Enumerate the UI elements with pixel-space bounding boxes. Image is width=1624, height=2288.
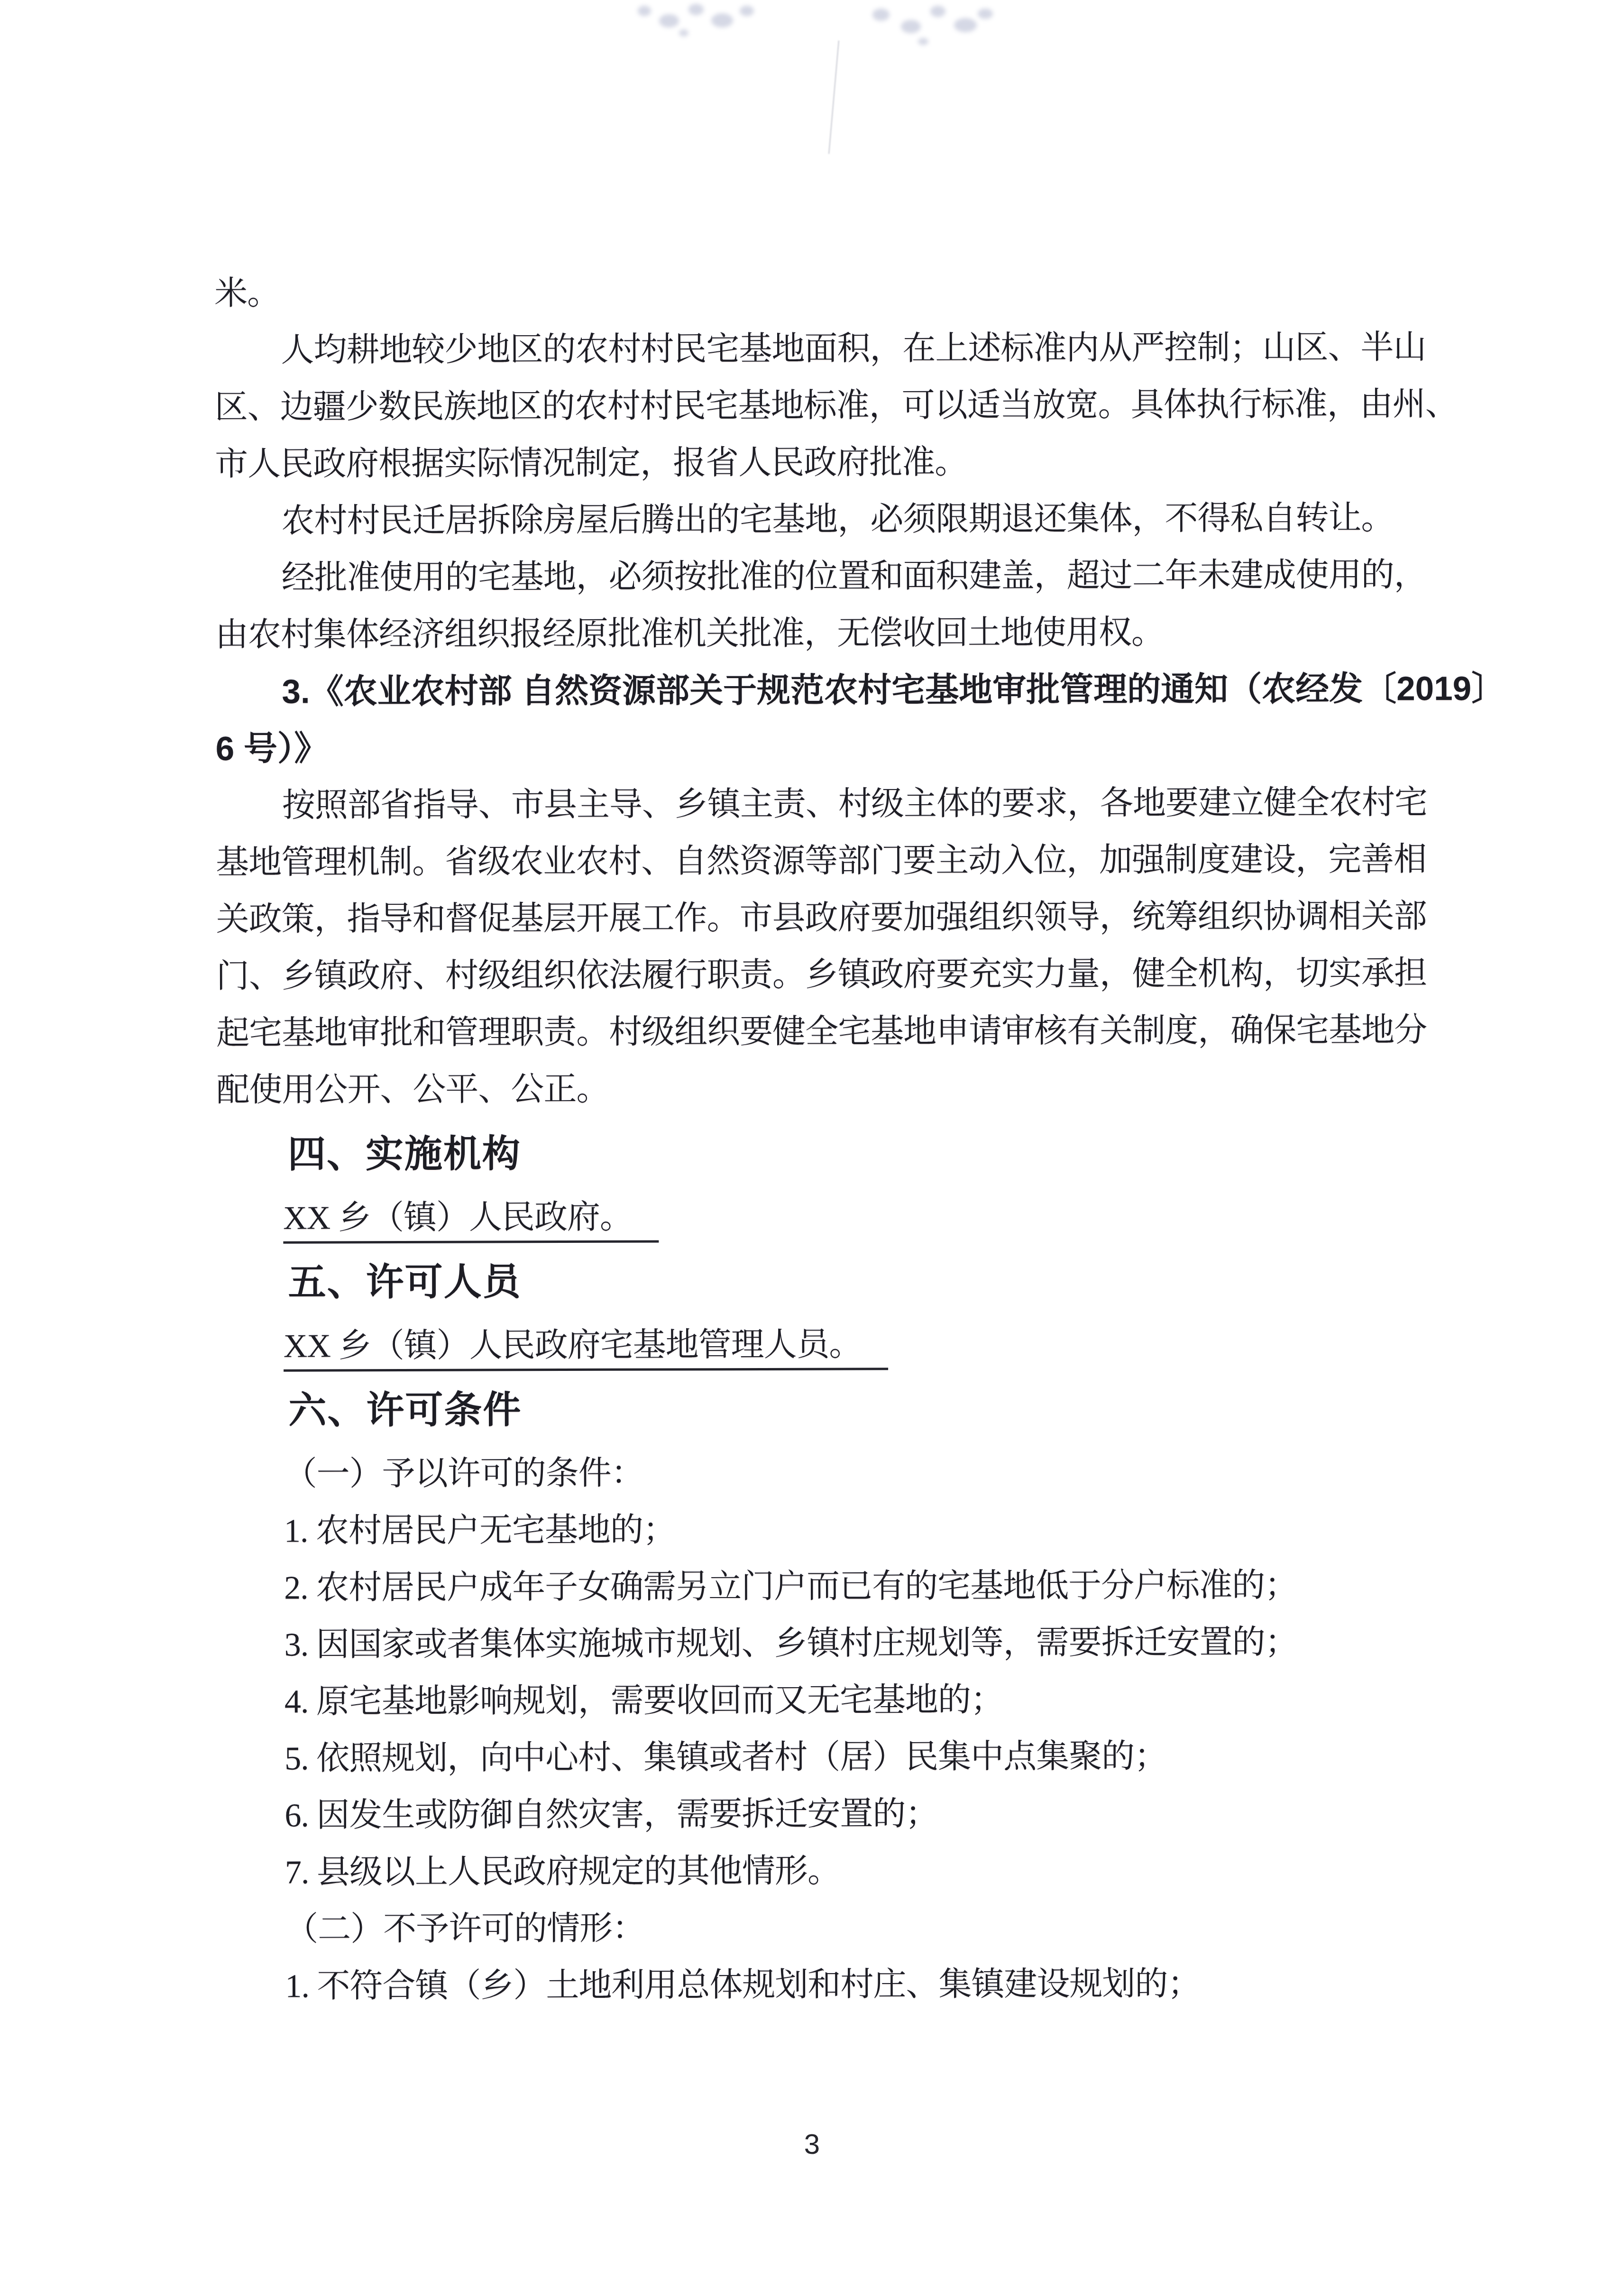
body-text-line: 米。 <box>214 262 1442 322</box>
body-text-line: 7. 县级以上人民政府规定的其他情形。 <box>219 1841 1447 1902</box>
page-number: 3 <box>0 2130 1624 2159</box>
scan-artifact-smudge <box>872 9 890 21</box>
body-text-line: （一）予以许可的条件： <box>218 1443 1446 1503</box>
body-text-line: 区、边疆少数民族地区的农村村民宅基地标准，可以适当放宽。具体执行标准，由州、 <box>215 376 1443 436</box>
scan-artifact-smudge <box>918 38 928 45</box>
scan-artifact-smudge <box>711 13 733 28</box>
underlined-text: XX 乡（镇）人民政府宅基地管理人员。 <box>284 1326 888 1371</box>
reference-title-line: 3.《农业农村部 自然资源部关于规范农村宅基地审批管理的通知（农经发〔2019〕 <box>215 661 1443 721</box>
body-text-line: 4. 原宅基地影响规划，需要收回而又无宅基地的； <box>218 1671 1446 1731</box>
section-heading: 四、实施机构 <box>217 1121 1445 1185</box>
body-text-line: 3. 因国家或者集体实施城市规划、乡镇村庄规划等，需要拆迁安置的； <box>218 1614 1446 1674</box>
underlined-fill-in-line: XX 乡（镇）人民政府。 <box>217 1187 1445 1247</box>
body-text-line: 按照部省指导、市县主导、乡镇主责、村级主体的要求，各地要建立健全农村宅 <box>216 774 1444 835</box>
reference-title-line: 6 号）》 <box>216 717 1444 778</box>
body-text-line: 5. 依照规划，向中心村、集镇或者村（居）民集中点集聚的； <box>218 1727 1446 1788</box>
body-text-line: 农村村民迁居拆除房屋后腾出的宅基地，必须限期退还集体，不得私自转让。 <box>215 490 1443 550</box>
body-text-line: 人均耕地较少地区的农村村民宅基地面积，在上述标准内从严控制；山区、半山 <box>214 319 1442 379</box>
scan-artifact-smudge <box>901 20 921 33</box>
scan-artifact-smudge <box>688 4 704 15</box>
body-text-line: 门、乡镇政府、村级组织依法履行职责。乡镇政府要充实力量，健全机构，切实承担 <box>216 945 1444 1005</box>
underlined-text: XX 乡（镇）人民政府。 <box>283 1199 659 1244</box>
body-text-line: 配使用公开、公平、公正。 <box>216 1059 1444 1119</box>
body-text-line: 市人民政府根据实际情况制定，报省人民政府批准。 <box>215 433 1443 493</box>
body-text-line: 1. 不符合镇（乡）土地利用总体规划和村庄、集镇建设规划的； <box>219 1955 1447 2015</box>
body-text-line: 关政策，指导和督促基层开展工作。市县政府要加强组织领导，统筹组织协调相关部 <box>216 888 1444 948</box>
body-text-line: 6. 因发生或防御自然灾害，需要拆迁安置的； <box>218 1784 1446 1845</box>
underlined-fill-in-line: XX 乡（镇）人民政府宅基地管理人员。 <box>217 1315 1445 1375</box>
document-text-block: 米。人均耕地较少地区的农村村民宅基地面积，在上述标准内从严控制；山区、半山区、边… <box>214 262 1447 2015</box>
section-heading: 五、许可人员 <box>217 1250 1445 1313</box>
body-text-line: 由农村集体经济组织报经原批准机关批准，无偿收回土地使用权。 <box>215 604 1443 664</box>
body-text-line: 1. 农村居民户无宅基地的； <box>218 1500 1446 1560</box>
document-page: 米。人均耕地较少地区的农村村民宅基地面积，在上述标准内从严控制；山区、半山区、边… <box>0 0 1624 2288</box>
body-text-line: （二）不予许可的情形： <box>219 1898 1447 1958</box>
scan-artifact-scratch <box>828 40 840 154</box>
body-text-line: 起宅基地审批和管理职责。村级组织要健全宅基地申请审核有关制度，确保宅基地分 <box>216 1002 1444 1062</box>
scan-artifact-smudge <box>930 6 945 17</box>
section-heading: 六、许可条件 <box>217 1378 1445 1441</box>
body-text-line: 2. 农村居民户成年子女确需另立门户而已有的宅基地低于分户标准的； <box>218 1557 1446 1617</box>
scan-artifact-smudge <box>978 9 993 19</box>
body-text-line: 经批准使用的宅基地，必须按批准的位置和面积建盖，超过二年未建成使用的， <box>215 547 1443 607</box>
scan-artifact-smudge <box>679 29 688 37</box>
scan-artifact-smudge <box>740 6 754 16</box>
body-text-line: 基地管理机制。省级农业农村、自然资源等部门要主动入位，加强制度建设，完善相 <box>216 831 1444 891</box>
scan-artifact-smudge <box>638 6 651 16</box>
scan-artifact-smudge <box>954 18 977 32</box>
scan-artifact-smudge <box>659 14 679 28</box>
